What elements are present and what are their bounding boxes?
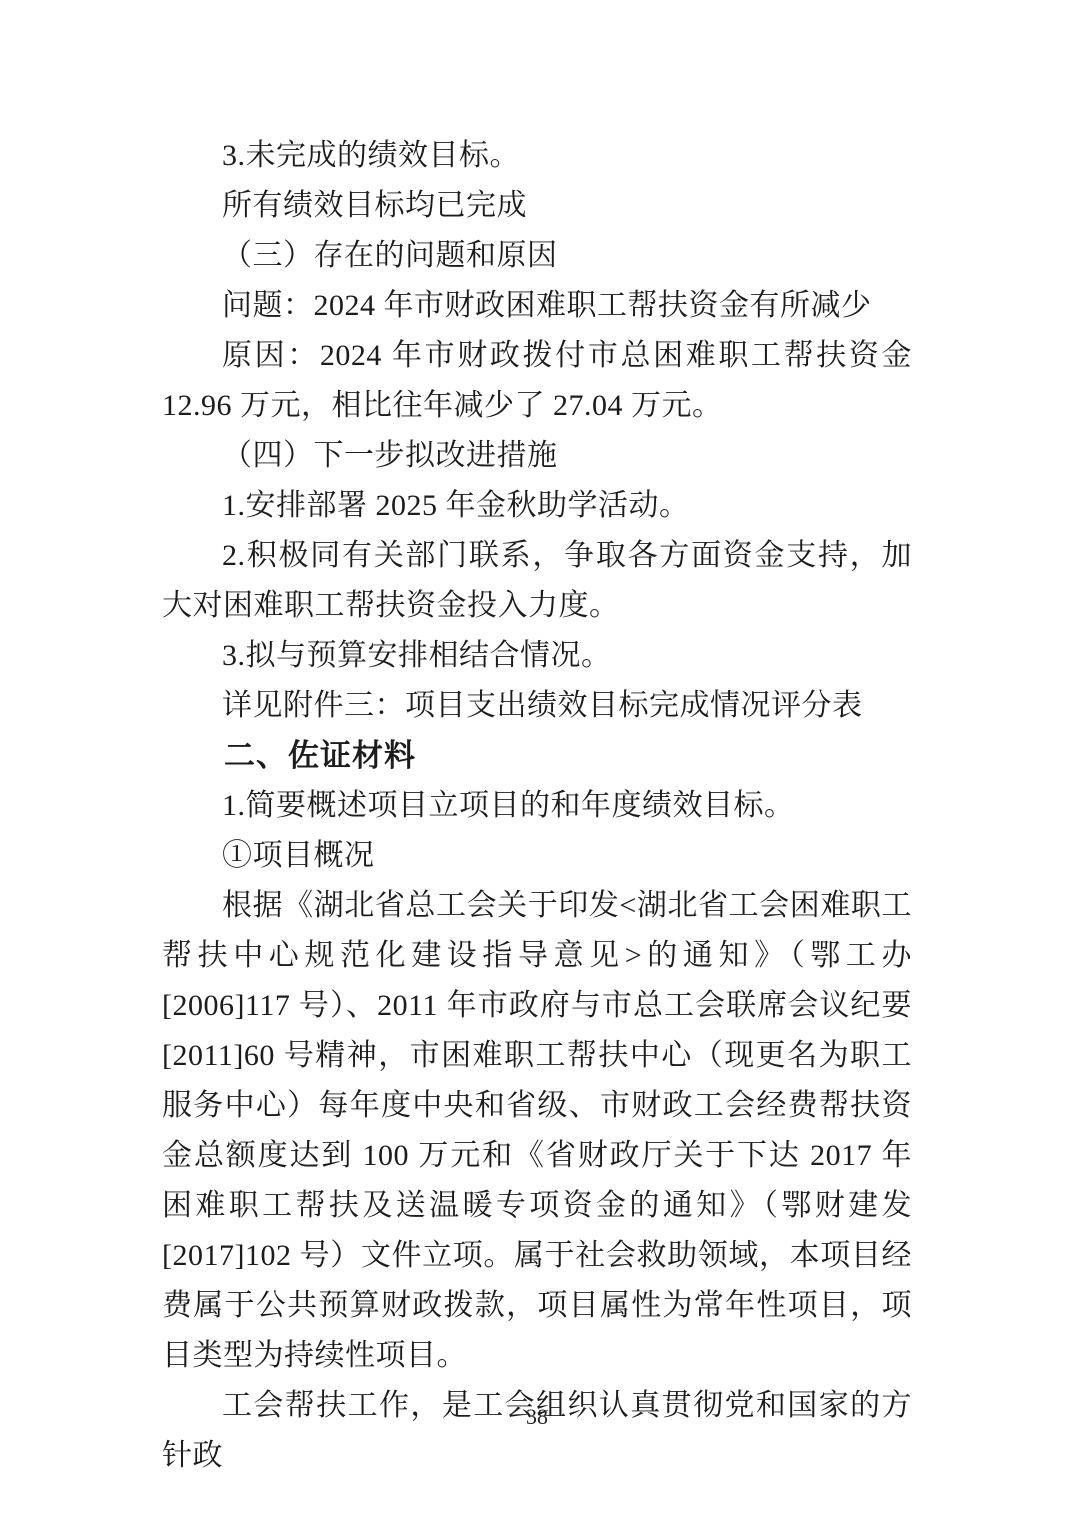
paragraph-project-overview-label: ①项目概况 <box>162 831 912 881</box>
paragraph-project-basis: 根据《湖北省总工会关于印发<湖北省工会困难职工帮扶中心规范化建设指导意见>的通知… <box>162 881 912 1381</box>
paragraph-brief-overview: 1.简要概述项目立项目的和年度绩效目标。 <box>162 781 912 831</box>
page-number: 38 <box>0 1402 1074 1432</box>
paragraph-improvement-item-1: 1.安排部署 2025 年金秋助学活动。 <box>162 481 912 531</box>
paragraph-all-goals-completed: 所有绩效目标均已完成 <box>162 181 912 231</box>
document-page: 3.未完成的绩效目标。 所有绩效目标均已完成 （三）存在的问题和原因 问题：20… <box>0 0 1074 1520</box>
paragraph-improvement-item-2: 2.积极同有关部门联系，争取各方面资金支持，加大对困难职工帮扶资金投入力度。 <box>162 531 912 631</box>
paragraph-see-attachment-three: 详见附件三：项目支出绩效目标完成情况评分表 <box>162 681 912 731</box>
section-heading-evidence-materials: 二、佐证材料 <box>162 731 912 781</box>
paragraph-section-three-problems: （三）存在的问题和原因 <box>162 231 912 281</box>
paragraph-improvement-item-3: 3.拟与预算安排相结合情况。 <box>162 631 912 681</box>
paragraph-cause-statement: 原因：2024 年市财政拨付市总困难职工帮扶资金 12.96 万元，相比往年减少… <box>162 331 912 431</box>
paragraph-section-four-improvements: （四）下一步拟改进措施 <box>162 431 912 481</box>
document-body: 3.未完成的绩效目标。 所有绩效目标均已完成 （三）存在的问题和原因 问题：20… <box>162 131 912 1481</box>
paragraph-unfinished-goals-heading: 3.未完成的绩效目标。 <box>162 131 912 181</box>
paragraph-problem-statement: 问题：2024 年市财政困难职工帮扶资金有所减少 <box>162 281 912 331</box>
